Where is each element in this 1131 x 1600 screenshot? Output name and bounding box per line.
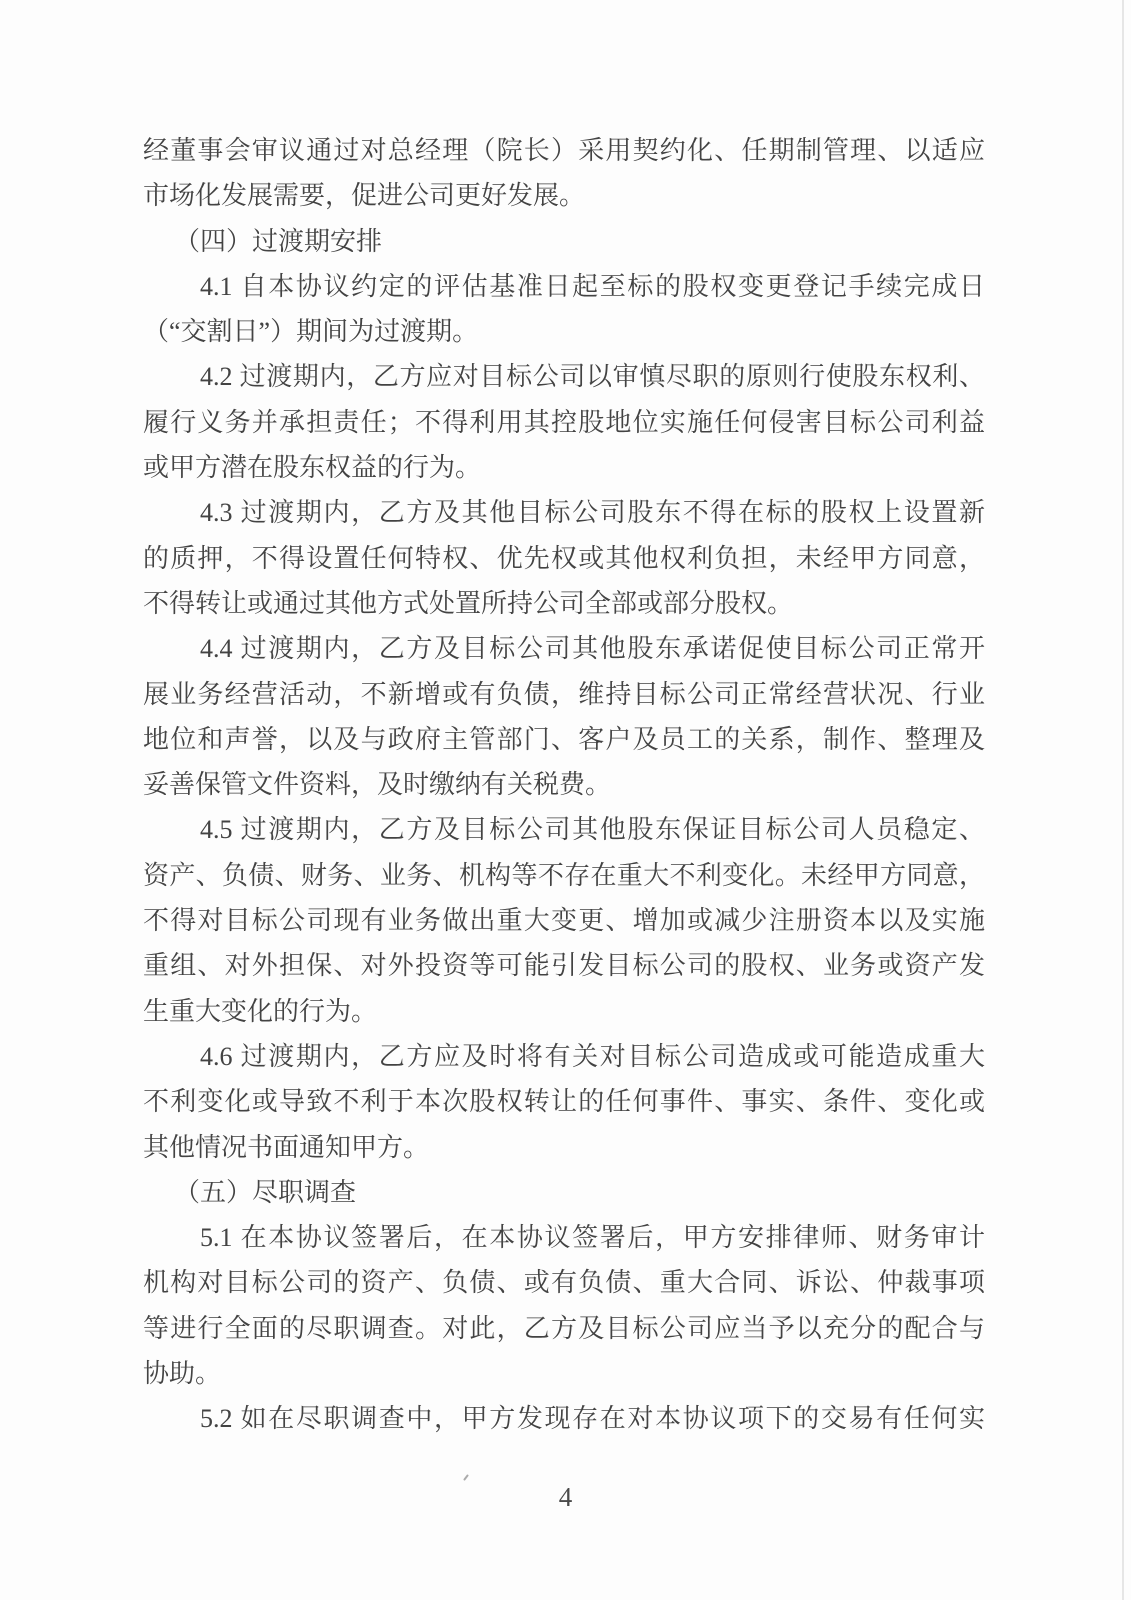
text-line: 的质押，不得设置任何特权、优先权或其他权利负担，未经甲方同意， [143, 536, 985, 581]
text-line: （“交割日”）期间为过渡期。 [143, 309, 985, 354]
text-line: 或甲方潜在股东权益的行为。 [143, 445, 985, 490]
paragraph-section-5: （五）尽职调查 [143, 1170, 985, 1215]
text-line: 妥善保管文件资料，及时缴纳有关税费。 [143, 762, 985, 807]
text-line: 其他情况书面通知甲方。 [143, 1125, 985, 1170]
text-line: 展业务经营活动，不新增或有负债，维持目标公司正常经营状况、行业 [143, 672, 985, 717]
text-line: 重组、对外担保、对外投资等可能引发目标公司的股权、业务或资产发 [143, 943, 985, 988]
scan-edge-line [1122, 0, 1124, 1600]
text-line: 协助。 [143, 1351, 985, 1396]
paragraph-clause-4-6: 4.6 过渡期内，乙方应及时将有关对目标公司造成或可能造成重大不利变化或导致不利… [143, 1034, 985, 1170]
paragraph-clause-5-2: 5.2 如在尽职调查中，甲方发现存在对本协议项下的交易有任何实 [143, 1396, 985, 1441]
text-line: 等进行全面的尽职调查。对此，乙方及目标公司应当予以充分的配合与 [143, 1306, 985, 1351]
paragraph-clause-4-3: 4.3 过渡期内，乙方及其他目标公司股东不得在标的股权上设置新的质押，不得设置任… [143, 490, 985, 626]
paragraph-clause-5-1: 5.1 在本协议签署后，在本协议签署后，甲方安排律师、财务审计机构对目标公司的资… [143, 1215, 985, 1396]
document-page: 经董事会审议通过对总经理（院长）采用契约化、任期制管理、以适应市场化发展需要，促… [0, 0, 1131, 1600]
text-line: 5.2 如在尽职调查中，甲方发现存在对本协议项下的交易有任何实 [143, 1396, 985, 1441]
text-line: 4.5 过渡期内，乙方及目标公司其他股东保证目标公司人员稳定、 [143, 807, 985, 852]
text-line: 4.1 自本协议约定的评估基准日起至标的股权变更登记手续完成日 [143, 264, 985, 309]
text-line: 4.6 过渡期内，乙方应及时将有关对目标公司造成或可能造成重大 [143, 1034, 985, 1079]
text-line: 4.3 过渡期内，乙方及其他目标公司股东不得在标的股权上设置新 [143, 490, 985, 535]
paragraph-cont-prev-page: 经董事会审议通过对总经理（院长）采用契约化、任期制管理、以适应市场化发展需要，促… [143, 128, 985, 219]
text-line: 不利变化或导致不利于本次股权转让的任何事件、事实、条件、变化或 [143, 1079, 985, 1124]
contract-text: 经董事会审议通过对总经理（院长）采用契约化、任期制管理、以适应市场化发展需要，促… [143, 128, 985, 1442]
text-line: 不得转让或通过其他方式处置所持公司全部或部分股权。 [143, 581, 985, 626]
text-line: 市场化发展需要，促进公司更好发展。 [143, 173, 985, 218]
text-line: 资产、负债、财务、业务、机构等不存在重大不利变化。未经甲方同意， [143, 853, 985, 898]
text-line: 经董事会审议通过对总经理（院长）采用契约化、任期制管理、以适应 [143, 128, 985, 173]
text-line: 4.4 过渡期内，乙方及目标公司其他股东承诺促使目标公司正常开 [143, 626, 985, 671]
paragraph-clause-4-2: 4.2 过渡期内，乙方应对目标公司以审慎尽职的原则行使股东权利、履行义务并承担责… [143, 354, 985, 490]
page-number: 4 [0, 1482, 1131, 1513]
text-line: 5.1 在本协议签署后，在本协议签署后，甲方安排律师、财务审计 [143, 1215, 985, 1260]
text-line: 生重大变化的行为。 [143, 989, 985, 1034]
text-line: 履行义务并承担责任；不得利用其控股地位实施任何侵害目标公司利益 [143, 400, 985, 445]
text-line: （五）尽职调查 [143, 1170, 985, 1215]
text-line: 地位和声誉，以及与政府主管部门、客户及员工的关系，制作、整理及 [143, 717, 985, 762]
paragraph-clause-4-1: 4.1 自本协议约定的评估基准日起至标的股权变更登记手续完成日（“交割日”）期间… [143, 264, 985, 355]
text-line: 4.2 过渡期内，乙方应对目标公司以审慎尽职的原则行使股东权利、 [143, 354, 985, 399]
scan-speck [463, 1474, 469, 1481]
paragraph-clause-4-4: 4.4 过渡期内，乙方及目标公司其他股东承诺促使目标公司正常开展业务经营活动，不… [143, 626, 985, 807]
paragraph-section-4: （四）过渡期安排 [143, 219, 985, 264]
text-line: 机构对目标公司的资产、负债、或有负债、重大合同、诉讼、仲裁事项 [143, 1260, 985, 1305]
paragraph-clause-4-5: 4.5 过渡期内，乙方及目标公司其他股东保证目标公司人员稳定、资产、负债、财务、… [143, 807, 985, 1033]
text-line: （四）过渡期安排 [143, 219, 985, 264]
text-line: 不得对目标公司现有业务做出重大变更、增加或减少注册资本以及实施 [143, 898, 985, 943]
